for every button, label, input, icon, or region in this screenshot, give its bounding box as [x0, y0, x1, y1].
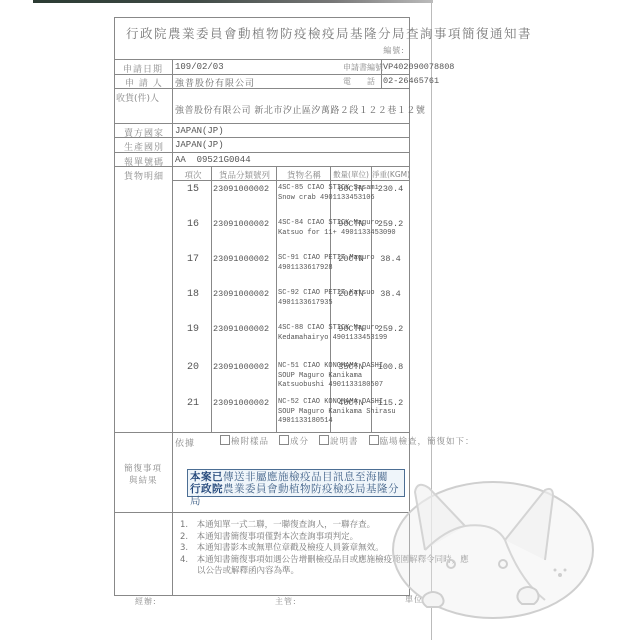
checkbox-label: 臨場檢查，簡復如下：	[380, 437, 475, 447]
column-header: 項次	[176, 169, 210, 181]
quantity: 90CTN	[331, 219, 371, 230]
applicant-label: 申 請 人	[125, 76, 163, 89]
application-date-value: 109/02/03	[175, 62, 224, 72]
net-weight: 230.4	[372, 184, 409, 195]
seller-country-value: JAPAN(JP)	[175, 126, 224, 136]
origin-country-label: 生產國別	[124, 140, 164, 153]
seller-country-label: 賣方國家	[124, 126, 164, 139]
item-number: 21	[176, 398, 210, 409]
consignee-label: 收貨(件)人	[116, 91, 159, 104]
phone-value: 02-26465761	[383, 76, 439, 86]
document-title: 行政院農業委員會動植物防疫檢疫局基隆分局查詢事項簡復通知書	[126, 24, 532, 42]
quantity: 80CTN	[331, 184, 371, 195]
application-date-label: 申請日期	[123, 62, 163, 75]
inspection-notice-document: 行政院農業委員會動植物防疫檢疫局基隆分局查詢事項簡復通知書 編號: 申請日期 1…	[0, 0, 640, 640]
tariff-code: 23091000002	[213, 324, 276, 335]
checkbox-label: 說明書	[330, 437, 359, 447]
supervisor-signature-label: 主管:	[275, 596, 297, 607]
item-number: 15	[176, 184, 210, 195]
phone-label: 電 話	[343, 76, 375, 87]
column-header: 數量(單位)	[331, 169, 371, 180]
net-weight: 115.2	[372, 398, 409, 409]
item-number: 19	[176, 324, 210, 335]
quantity: 20CTN	[331, 254, 371, 265]
checkbox-square-icon[interactable]	[220, 435, 230, 445]
applicant-value: 強普股份有限公司	[175, 76, 255, 89]
declaration-no-value: AA 09521G0044	[175, 155, 251, 165]
basis-checkbox-row: 檢附樣品成分說明書臨場檢查，簡復如下：	[220, 435, 485, 447]
net-weight: 259.2	[372, 324, 409, 335]
consignee-value: 強普股份有限公司 新北市汐止區汐萬路２段１２２巷１２號	[175, 103, 425, 116]
origin-country-value: JAPAN(JP)	[175, 140, 224, 150]
item-number: 17	[176, 254, 210, 265]
basis-checkbox[interactable]: 說明書	[319, 437, 359, 447]
quantity: 90CTN	[331, 324, 371, 335]
tariff-code: 23091000002	[213, 184, 276, 195]
quantity: 40CTN	[331, 398, 371, 409]
tariff-code: 23091000002	[213, 254, 276, 265]
application-no-label: 申請書編號	[343, 62, 383, 73]
item-number: 20	[176, 362, 210, 373]
application-no-value: VP402090078808	[383, 62, 454, 72]
tariff-code: 23091000002	[213, 398, 276, 409]
tariff-code: 23091000002	[213, 362, 276, 373]
handler-signature-label: 經辦:	[135, 596, 157, 607]
checkbox-square-icon[interactable]	[319, 435, 329, 445]
note-item: 4. 本通知書簡復事項如遇公告增刪檢疫品目或應施檢疫範圍解釋令同時，應	[180, 555, 469, 567]
tariff-code: 23091000002	[213, 219, 276, 230]
basis-label: 依據	[175, 436, 195, 449]
column-header: 貨物名稱	[278, 169, 330, 181]
result-label-line1: 簡復事項	[124, 462, 162, 474]
checkbox-label: 檢附樣品	[231, 437, 269, 447]
net-weight: 100.8	[372, 362, 409, 373]
stamp-line-2: 行政院農業委員會動植物防疫檢疫局基隆分局	[190, 483, 402, 507]
result-label-line2: 與結果	[129, 474, 158, 486]
checkbox-label: 成分	[290, 437, 309, 447]
quarantine-stamp: 本案已傳送非屬應施檢疫品目訊息至海關 行政院農業委員會動植物防疫檢疫局基隆分局	[187, 469, 405, 497]
net-weight: 38.4	[372, 254, 409, 265]
column-header: 淨重(KGM)	[372, 169, 409, 180]
goods-detail-label: 貨物明細	[124, 169, 164, 182]
serial-label: 編號:	[383, 45, 405, 56]
quantity: 20CTN	[331, 289, 371, 300]
note-item: 1. 本通知單一式二聯，一聯復查詢人，一聯存查。	[180, 520, 469, 532]
column-header: 貨品分類號列	[213, 169, 276, 181]
note-item: 2. 本通知書簡復事項僅對本次查詢事項判定。	[180, 532, 469, 544]
checkbox-square-icon[interactable]	[369, 435, 379, 445]
notes-list: 1. 本通知單一式二聯，一聯復查詢人，一聯存查。2. 本通知書簡復事項僅對本次查…	[180, 520, 469, 578]
note-item: 以公告或解釋函內容為準。	[180, 566, 469, 578]
basis-checkbox[interactable]: 檢附樣品	[220, 437, 269, 447]
net-weight: 38.4	[372, 289, 409, 300]
note-item: 3. 本通知書影本或無單位章戳及檢疫人員簽章無效。	[180, 543, 469, 555]
basis-checkbox[interactable]: 臨場檢查，簡復如下：	[369, 437, 475, 447]
item-number: 18	[176, 289, 210, 300]
declaration-no-label: 報單號碼	[124, 155, 164, 168]
net-weight: 259.2	[372, 219, 409, 230]
checkbox-square-icon[interactable]	[279, 435, 289, 445]
quantity: 35CTN	[331, 362, 371, 373]
basis-checkbox[interactable]: 成分	[279, 437, 309, 447]
unit-chief-signature-label: 單位主管:	[405, 594, 445, 605]
stamp-line-1: 本案已傳送非屬應施檢疫品目訊息至海關	[190, 471, 402, 483]
item-number: 16	[176, 219, 210, 230]
tariff-code: 23091000002	[213, 289, 276, 300]
